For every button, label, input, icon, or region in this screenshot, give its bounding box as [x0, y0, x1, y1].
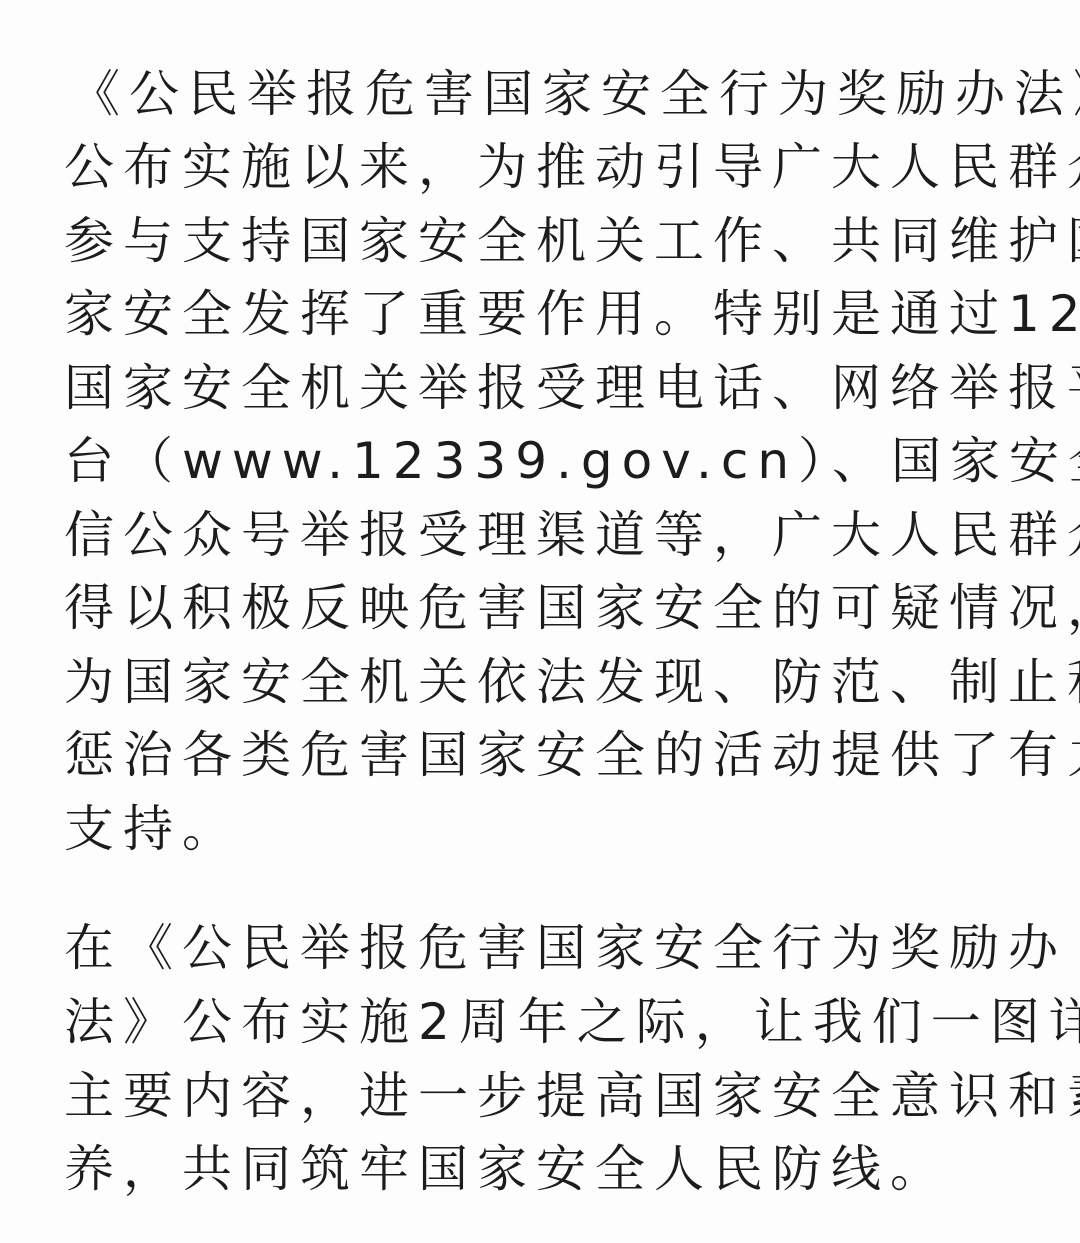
text-line: 国家安全机关举报受理电话、网络举报平: [64, 358, 1024, 418]
text-line: 公布实施以来，为推动引导广大人民群众: [64, 137, 1024, 197]
text-line: 养，共同筑牢国家安全人民防线。: [64, 1139, 1024, 1199]
text-line: 《公民举报危害国家安全行为奖励办法》: [70, 64, 1015, 124]
text-line: 信公众号举报受理渠道等，广大人民群众: [64, 505, 1024, 565]
text-line: 惩治各类危害国家安全的活动提供了有力: [64, 725, 1024, 785]
text-line: 参与支持国家安全机关工作、共同维护国: [64, 211, 1024, 271]
text-line: 台（www.12339.gov.cn）、国家安全部微: [64, 431, 1024, 491]
text-line: 主要内容，进一步提高国家安全意识和素: [64, 1066, 1024, 1126]
text-line: 法》公布实施2周年之际，让我们一图详解: [64, 992, 1024, 1052]
text-line: 在《公民举报危害国家安全行为奖励办: [64, 918, 1024, 978]
text-line: 家安全发挥了重要作用。特别是通过12339: [64, 284, 1024, 344]
article-body: 《公民举报危害国家安全行为奖励办法》 公布实施以来，为推动引导广大人民群众 参与…: [0, 0, 1080, 1243]
text-line: 支持。: [64, 799, 1024, 859]
text-line: 得以积极反映危害国家安全的可疑情况，: [64, 578, 1024, 638]
text-line: 为国家安全机关依法发现、防范、制止和: [64, 652, 1024, 712]
